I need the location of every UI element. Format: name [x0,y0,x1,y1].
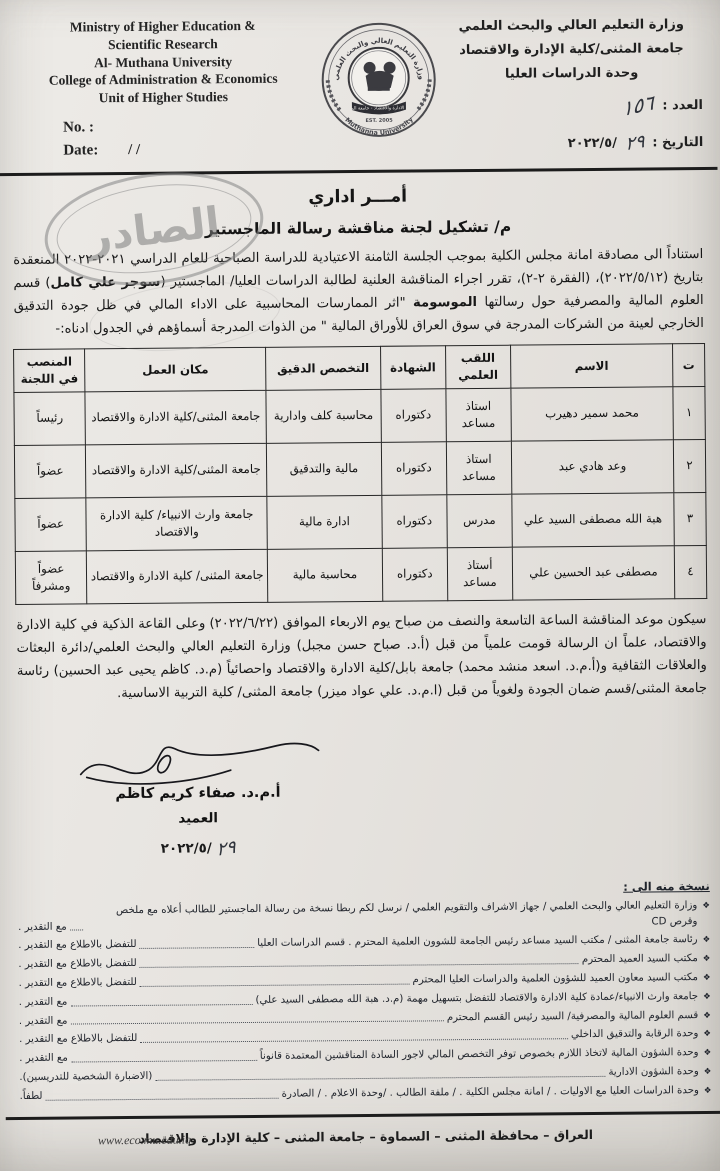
diamond-bullet-icon: ❖ [703,1026,711,1041]
table-cell: دكتوراه [382,548,448,602]
printed-date: ٢٠٢٢/٥/ [568,132,617,156]
signature-date: ٢٩ ٢٠٢٢/٥/ [43,837,353,861]
distribution-item: ❖وحدة الرقابة والتدقيق الداخليللتفضل بال… [19,1026,711,1048]
distribution-list: ❖وزارة التعليم العالي والبحث العلمي / جه… [18,898,712,1105]
diamond-bullet-icon: ❖ [703,951,711,966]
table-column-header: التخصص الدقيق [266,347,381,390]
ministry-line-ar: وزارة التعليم العالي والبحث العلمي [440,13,702,39]
table-cell: مالية والتدقيق [266,442,381,496]
distribution-item: ❖وحدة الدراسات العليا مع الاوليات . / ام… [19,1083,711,1105]
table-cell: محمد سمير دهيرب [511,387,674,441]
logo-est-text: EST. 2005 [365,118,393,124]
dotted-leader [70,1021,443,1025]
header-arabic-lines: وزارة التعليم العالي والبحث العلميجامعة … [440,13,703,87]
handwritten-day: ٢٩ [625,125,645,162]
dotted-leader [140,963,579,968]
distribution-item: ❖قسم العلوم المالية والمصرفية/ السيد رئي… [19,1008,711,1030]
table-cell: عضواً ومشرفاً [15,551,87,605]
body-paragraph: استناداً الى مصادقة امانة مجلس الكلية بم… [13,244,704,342]
scanned-document: Ministry of Higher Education &Scientific… [0,0,720,1171]
issue-number-row: العدد : ١٥٦ [441,87,703,126]
dotted-leader [46,1097,279,1100]
distribution-item: ❖وزارة التعليم العالي والبحث العلمي / جه… [18,898,710,936]
diamond-bullet-icon: ❖ [703,1008,711,1023]
table-row: ٢وعد هادي عبداستاذ مساعددكتوراهمالية وال… [14,439,705,498]
table-cell: عضواً [15,498,87,552]
distribution-item-text: مكتب السيد العميد المحترم [582,951,698,968]
table-cell: ١ [673,386,705,439]
defense-details-paragraph: سيكون موعد المناقشة الساعة التاسعة والنص… [16,609,707,707]
distribution-item: ❖وحدة الشؤون المالية لاتخاذ اللازم بخصوص… [19,1045,711,1067]
table-column-header: ت [673,344,705,387]
signatory-name: أ.م.د. صفاء كريم كاظم [43,784,353,803]
logo-banner-text: كلية الادارة والاقتصاد - جامعة المثنى [344,105,414,112]
distribution-item-tail: مع التقدير . [18,919,67,935]
distribution-item: ❖وحدة الشؤون الادارية(الاضبارة الشخصية ل… [19,1064,711,1086]
dotted-leader [70,930,84,931]
handwritten-issue-number: ١٥٦ [622,84,654,129]
table-cell: جامعة المثنى/ كلية الادارة والاقتصاد [87,549,268,604]
dotted-leader [70,1004,252,1007]
table-cell: وعد هادي عبد [511,440,674,494]
ministry-line-ar: وحدة الدراسات العليا [441,61,703,87]
footer-website: www.eco.mu.edu.iq [98,1132,191,1148]
distribution-item-tail: للتفضل بالاطلاع مع التقدير . [18,937,136,954]
header-divider [0,167,718,176]
dotted-leader [140,983,410,986]
distribution-item: ❖جامعة وارث الانبياء/عمادة كلية الادارة … [19,989,711,1011]
table-cell: استاذ مساعد [446,388,512,442]
date-slashes: / / [128,141,140,157]
distribution-item: ❖مكتب السيد العميد المحترمللتفضل بالاطلا… [18,951,710,973]
dotted-leader [71,1060,257,1063]
distribution-item: ❖رئاسة جامعة المثنى / مكتب السيد مساعد ر… [18,932,710,954]
distribution-item-tail: للتفضل بالاطلاع مع التقدير . [19,975,137,992]
table-row: ٣هبة الله مصطفى السيد عليمدرسدكتوراهادار… [15,492,706,551]
date-label-ar: التاريخ : [652,131,703,155]
diamond-bullet-icon: ❖ [703,932,711,947]
table-cell: هبة الله مصطفى السيد علي [512,493,675,547]
dotted-leader [140,1038,568,1043]
table-cell: مصطفى عبد الحسين علي [512,546,675,600]
university-seal-logo: وزارة التعليم العالي والبحث العلمي [317,17,440,148]
table-cell: رئيساً [14,392,86,446]
date-label-en: Date: / / [63,137,316,162]
distribution-item-tail: مع التقدير . [19,994,68,1010]
table-column-header: الشهادة [380,346,445,389]
ministry-line-en: Unit of Higher Studies [11,88,316,108]
distribution-item-text: وحدة الرقابة والتدقيق الداخلي [571,1026,699,1043]
table-column-header: الاسم [510,344,673,388]
distribution-item: ❖مكتب السيد معاون العميد للشؤون العلمية … [19,970,711,992]
distribution-item-text: وحدة الشؤون الادارية [608,1064,698,1081]
ministry-line-ar: جامعة المثنى/كلية الإدارة والاقتصاد [440,37,702,63]
student-name: سوجر علي كامل [50,275,160,291]
document-title: أمـــر اداري [12,184,704,210]
diamond-bullet-icon: ❖ [703,989,711,1004]
ministry-line-en: College of Administration & Economics [11,70,316,90]
dotted-leader [155,1076,605,1081]
signature-handwritten-day: ٢٩ [217,836,237,860]
table-cell: مدرس [447,494,513,548]
table-column-header: مكان العمل [85,348,266,392]
distribution-item-tail: لطفاً. [19,1089,42,1105]
diamond-bullet-icon: ❖ [702,898,710,913]
committee-table: تالاسماللقب العلميالشهادةالتخصص الدقيقمك… [13,343,707,605]
diamond-bullet-icon: ❖ [704,1064,712,1079]
table-cell: ٣ [674,492,706,545]
table-cell: ٤ [674,545,706,598]
distribution-item-text: مكتب السيد معاون العميد للشؤون العلمية و… [412,970,698,988]
distribution-item-text: وزارة التعليم العالي والبحث العلمي / جها… [86,898,697,935]
distribution-item-tail: للتفضل بالاطلاع مع التقدير . [18,956,136,973]
document-subject: م/ تشكيل لجنة مناقشة رسالة الماجستير [12,216,704,240]
distribution-title: نسخة منه الى : [18,879,710,899]
letterhead-arabic: وزارة التعليم العالي والبحث العلميجامعة … [440,13,703,162]
footer-address: العراق – محافظة المثنى – السماوة – جامعة… [139,1127,593,1146]
table-cell: دكتوراه [381,389,447,443]
table-cell: جامعة المثنى/كلية الادارة والاقتصاد [85,390,266,445]
table-cell: عضواً [14,445,86,499]
distribution-section: نسخة منه الى : ❖وزارة التعليم العالي وال… [18,879,712,1105]
distribution-item-text: وحدة الشؤون المالية لاتخاذ اللازم بخصوص … [260,1045,699,1065]
table-column-header: المنصب في اللجنة [14,349,86,392]
table-row: ١محمد سمير دهيرباستاذ مساعددكتوراهمحاسبة… [14,386,705,445]
distribution-item-tail: (الاضبارة الشخصية للتدريسين). [19,1069,152,1086]
diamond-bullet-icon: ❖ [704,1083,712,1098]
number-label: العدد : [662,94,703,118]
number-date-english: No. : Date: / / [11,114,316,162]
table-cell: جامعة وارث الانبياء/ كلية الادارة والاقت… [86,496,267,551]
table-cell: أستاذ مساعد [447,547,513,601]
distribution-item-text: قسم العلوم المالية والمصرفية/ السيد رئيس… [447,1008,699,1026]
document-sheet: Ministry of Higher Education &Scientific… [0,0,720,1147]
table-cell: محاسبة كلف وادارية [266,389,381,443]
no-label: No. : [63,114,316,139]
letterhead: Ministry of Higher Education &Scientific… [10,0,703,165]
table-cell: دكتوراه [381,442,447,496]
issue-date-row: التاريخ : ٢٩ ٢٠٢٢/٥/ [441,126,703,162]
distribution-item-tail: مع التقدير . [19,1013,68,1029]
diamond-bullet-icon: ❖ [704,1045,712,1060]
table-cell: دكتوراه [382,495,448,549]
dotted-leader [140,947,255,949]
diamond-bullet-icon: ❖ [703,970,711,985]
signature-printed-date: ٢٠٢٢/٥/ [161,840,212,856]
table-cell: استاذ مساعد [446,441,512,495]
header-english-lines: Ministry of Higher Education &Scientific… [10,16,316,108]
table-body: ١محمد سمير دهيرباستاذ مساعددكتوراهمحاسبة… [14,386,707,604]
distribution-item-tail: للتفضل بالاطلاع مع التقدير . [19,1031,137,1048]
table-header-row: تالاسماللقب العلميالشهادةالتخصص الدقيقمك… [14,344,705,393]
signature-block: أ.م.د. صفاء كريم كاظم العميد ٢٩ ٢٠٢٢/٥/ [42,728,353,861]
distribution-item-text: رئاسة جامعة المثنى / مكتب السيد مساعد رئ… [257,932,698,952]
table-column-header: اللقب العلمي [445,345,510,388]
footer-divider [6,1110,720,1119]
table-cell: محاسبة مالية [267,548,382,602]
table-cell: ادارة مالية [267,495,382,549]
body-seg4: الموسومة [413,295,477,311]
table-cell: جامعة المثنى/كلية الادارة والاقتصاد [86,443,267,498]
distribution-item-tail: مع التقدير . [19,1051,68,1067]
table-row: ٤مصطفى عبد الحسين عليأستاذ مساعددكتوراهم… [15,545,706,604]
table-cell: ٢ [673,439,705,492]
distribution-item-text: وحدة الدراسات العليا مع الاوليات . / اما… [282,1083,699,1102]
footer: العراق – محافظة المثنى – السماوة – جامعة… [20,1126,712,1147]
letterhead-english: Ministry of Higher Education &Scientific… [10,16,316,162]
signatory-role: العميد [43,809,353,828]
distribution-item-text: جامعة وارث الانبياء/عمادة كلية الادارة و… [255,989,698,1009]
